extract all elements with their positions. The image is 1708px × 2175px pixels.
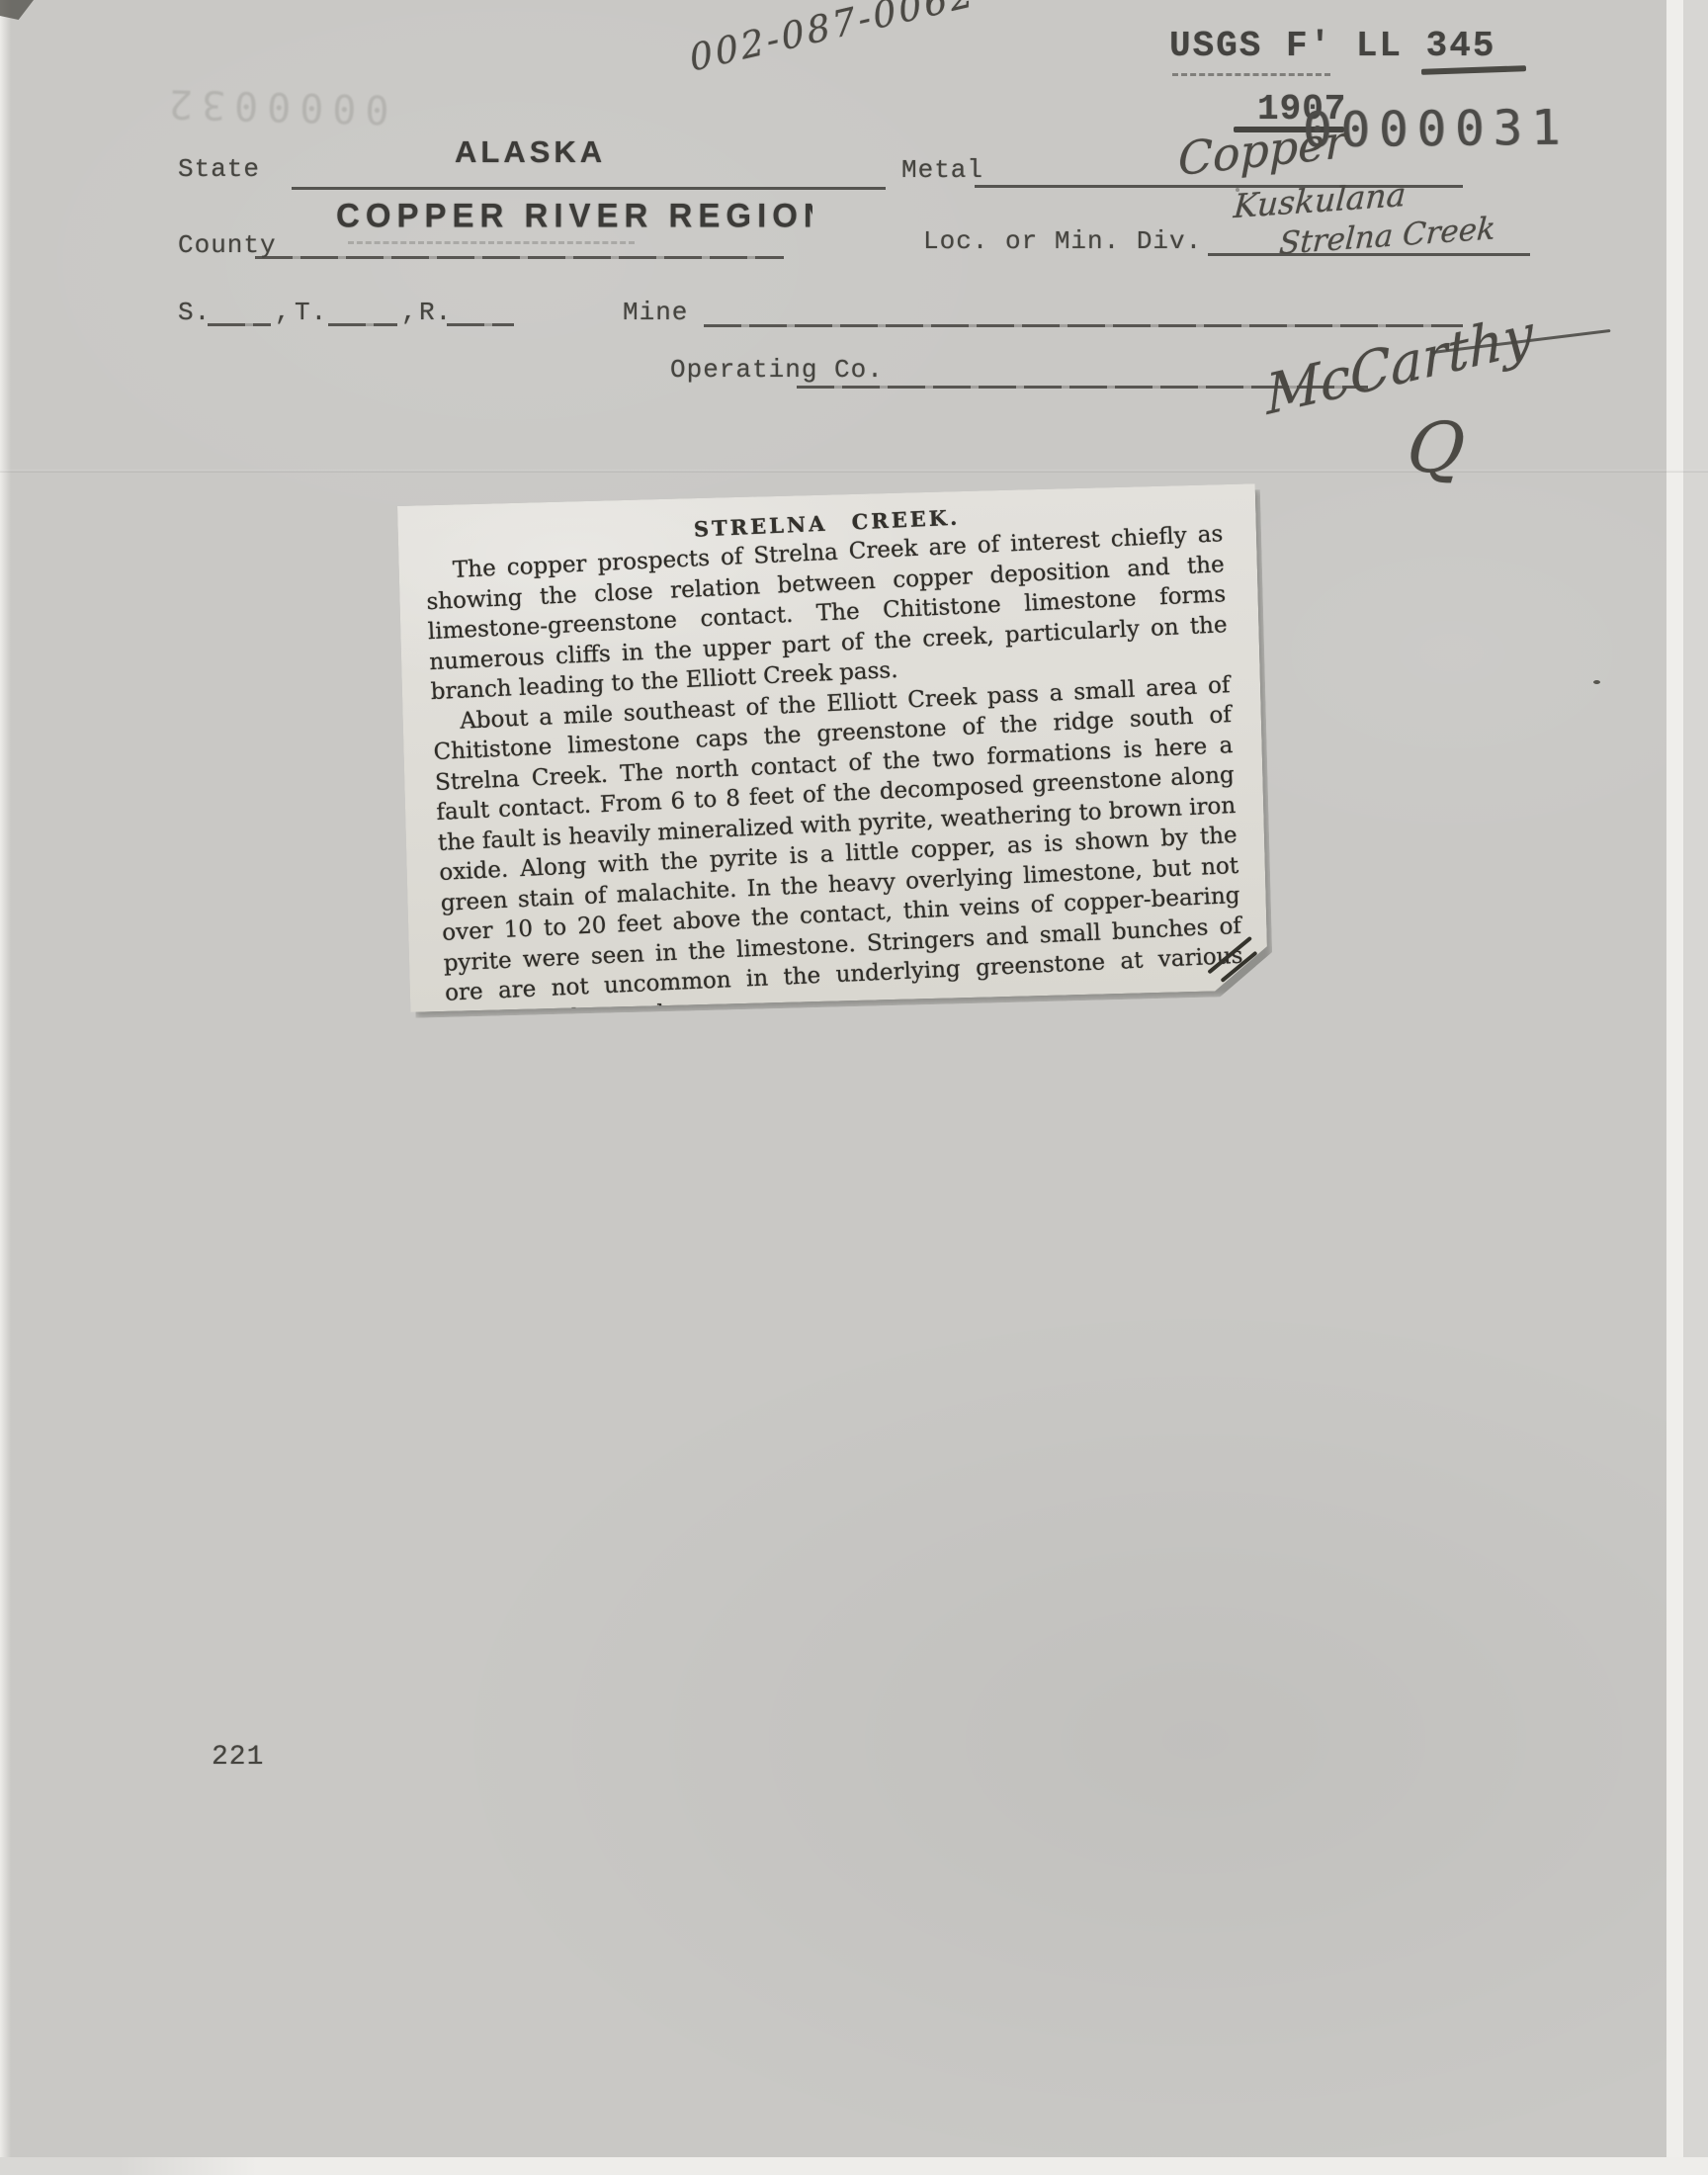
township-line	[328, 323, 397, 326]
clipping-body-text: The copper prospects of Strelna Creek ar…	[424, 519, 1244, 1039]
metal-label: Metal	[901, 155, 983, 185]
region-stamp-text: COPPER RIVER REGIO	[336, 196, 804, 234]
clipping-paragraph-2: About a mile southeast of the Elliott Cr…	[432, 670, 1245, 1039]
loc-min-div-label: Loc. or Min. Div.	[923, 226, 1202, 256]
range-line	[447, 323, 514, 326]
scan-edge-right-white	[1666, 0, 1683, 2175]
mirrored-bleedthrough-stamp: 0000032	[159, 80, 389, 131]
page-number: 221	[212, 1742, 264, 1773]
mine-label: Mine	[623, 298, 688, 327]
scan-edge-bottom	[0, 2157, 1708, 2175]
handwritten-quad-q: Q	[1404, 407, 1469, 488]
state-label: State	[178, 154, 260, 184]
region-stamp: COPPER RIVER REGION	[336, 196, 812, 235]
state-line	[292, 187, 886, 190]
usgs-underline-dashes	[1172, 73, 1330, 76]
section-label: S.	[178, 298, 211, 327]
scanned-document-page: 0000032 002-087-0062 USGS F' LL 345 1907…	[0, 0, 1708, 2175]
comma-1: ,	[275, 298, 292, 327]
number-345-underline	[1421, 65, 1526, 75]
ink-speck	[1593, 680, 1600, 684]
scan-corner-mark	[0, 0, 34, 20]
county-line	[255, 256, 784, 259]
mine-line	[704, 324, 1463, 327]
handwritten-district-mccarthy: McCarthy	[1264, 302, 1534, 427]
comma-2: ,	[401, 298, 418, 327]
scan-edge-left	[0, 0, 11, 2175]
metal-value-handwritten: Copper	[1178, 115, 1346, 186]
operating-co-label: Operating Co.	[670, 355, 884, 385]
region-stamp-partial-letter: N	[804, 196, 812, 235]
region-stamp-remnant-dashes	[348, 241, 635, 244]
scan-edge-right-gray	[1683, 0, 1708, 2175]
state-value-stamp: ALASKA	[455, 134, 606, 170]
usgs-reference: USGS F' LL 345	[1169, 26, 1495, 66]
handwritten-file-number: 002-087-0062	[687, 0, 980, 80]
township-label: T.	[295, 298, 327, 327]
pasted-clipping: STRELNA CREEK. The copper prospects of S…	[397, 506, 1259, 1052]
section-line	[208, 323, 271, 326]
clipping-paper: STRELNA CREEK. The copper prospects of S…	[397, 483, 1268, 1012]
